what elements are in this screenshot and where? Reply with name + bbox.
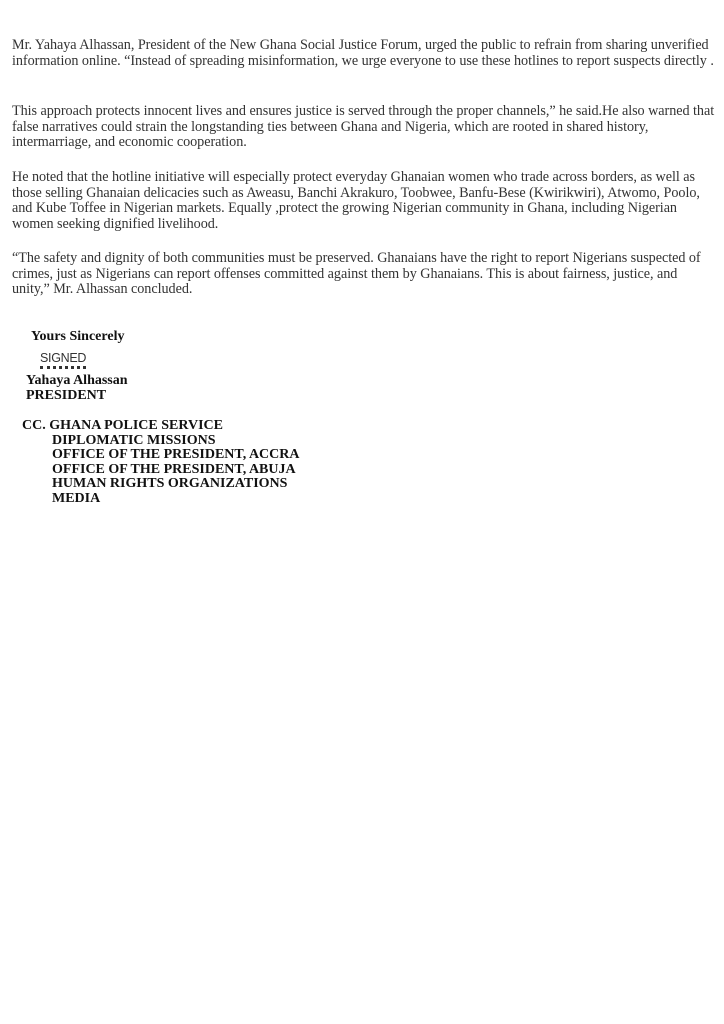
cc-recipient: HUMAN RIGHTS ORGANIZATIONS — [22, 477, 300, 492]
cc-recipient: OFFICE OF THE PRESIDENT, ACCRA — [22, 448, 300, 463]
signature-mark: SIGNED — [40, 352, 86, 369]
cc-prefix: CC. — [22, 418, 46, 433]
cc-list: CC. GHANA POLICE SERVICE DIPLOMATIC MISS… — [22, 419, 300, 506]
cc-recipient: OFFICE OF THE PRESIDENT, ABUJA — [22, 463, 300, 478]
signer-title: PRESIDENT — [26, 389, 106, 404]
paragraph-hotline-appeal: Mr. Yahaya Alhassan, President of the Ne… — [12, 38, 717, 69]
closing-salutation: Yours Sincerely — [31, 330, 124, 345]
cc-recipient: DIPLOMATIC MISSIONS — [22, 434, 300, 449]
paragraph-proper-channels: This approach protects innocent lives an… — [12, 104, 717, 151]
document-page: Mr. Yahaya Alhassan, President of the Ne… — [0, 0, 724, 1024]
cc-recipient: MEDIA — [22, 492, 300, 507]
signer-name: Yahaya Alhassan — [26, 374, 128, 389]
paragraph-conclusion: “The safety and dignity of both communit… — [12, 251, 717, 298]
paragraph-protect-traders: He noted that the hotline initiative wil… — [12, 170, 717, 232]
cc-recipient: CC. GHANA POLICE SERVICE — [22, 419, 300, 434]
